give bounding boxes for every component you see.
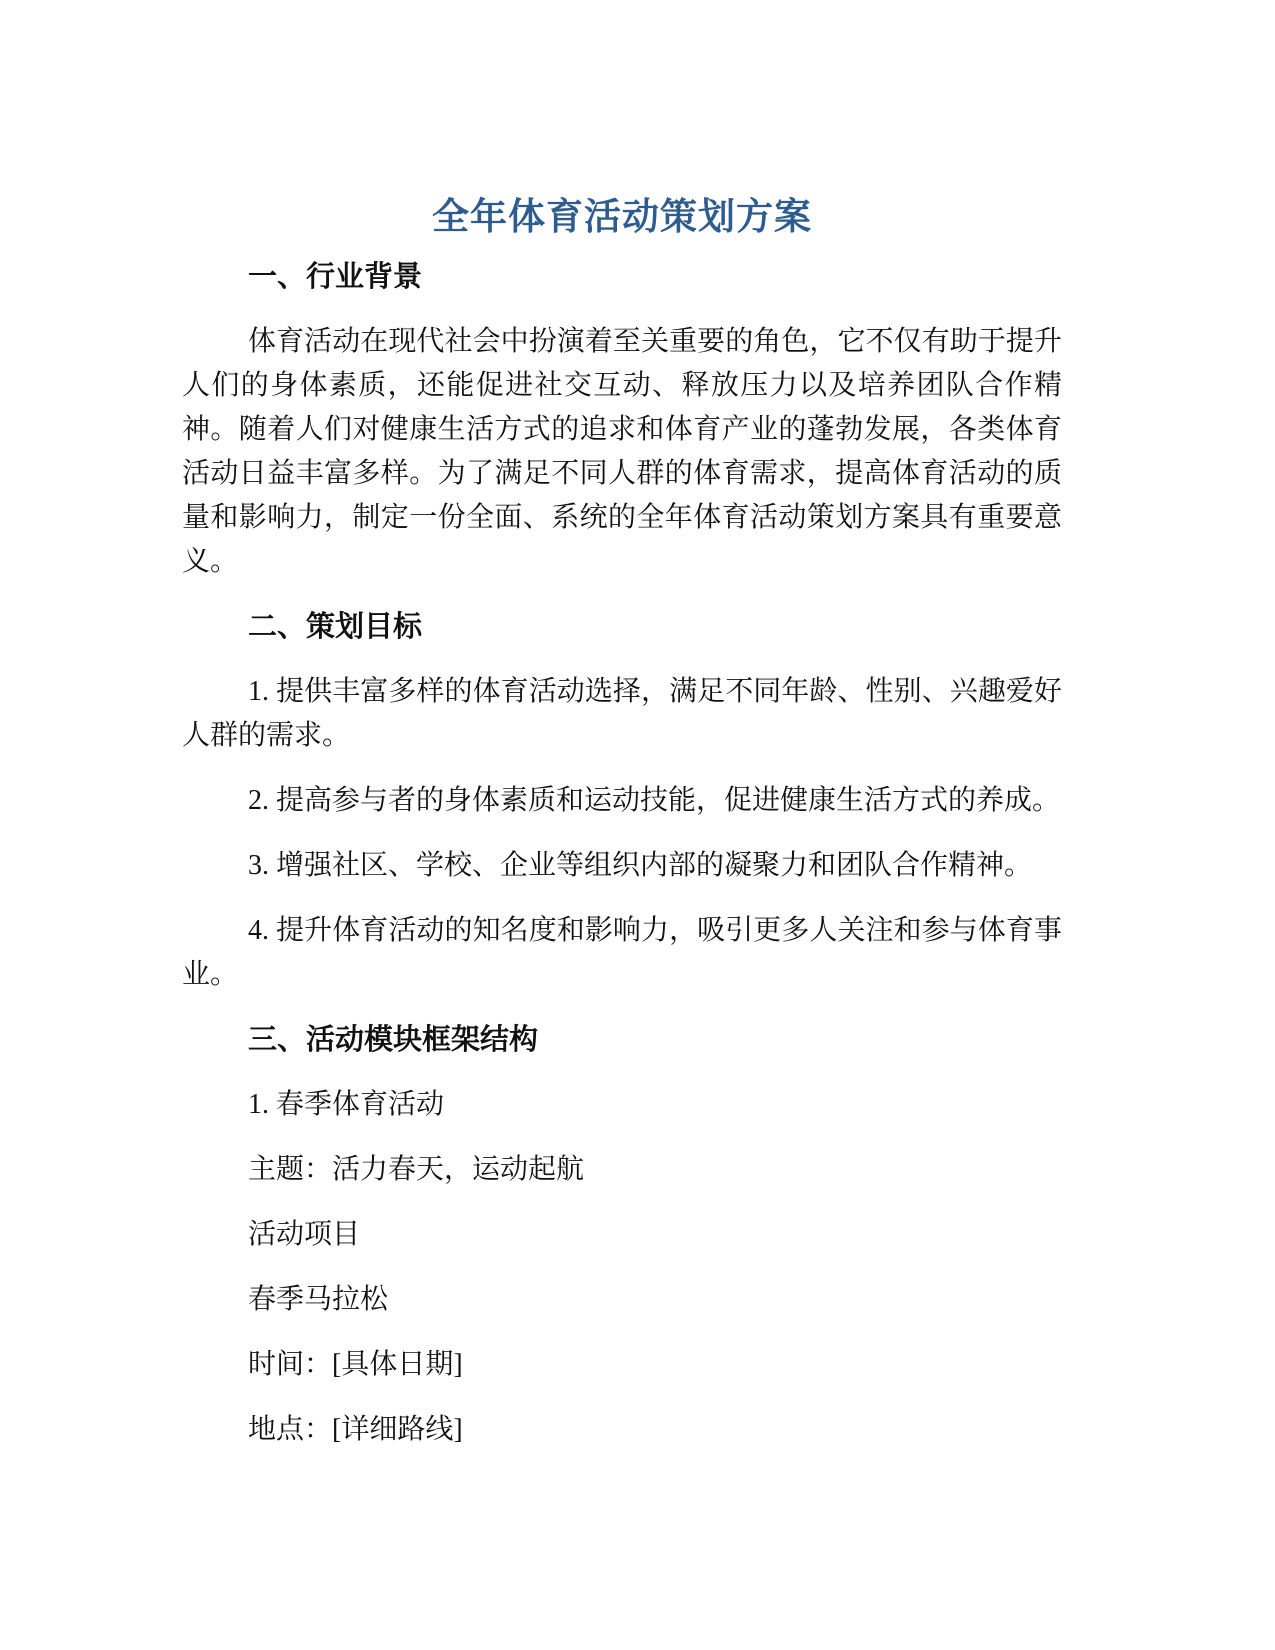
heading-planning-goals: 二、策划目标 [182,605,1062,649]
paragraph-goal-4: 4. 提升体育活动的知名度和影响力，吸引更多人关注和参与体育事业。 [182,909,1062,997]
paragraph-theme: 主题：活力春天，运动起航 [182,1148,1062,1192]
paragraph-activity-items-label: 活动项目 [182,1213,1062,1257]
paragraph-time: 时间：[具体日期] [182,1343,1062,1387]
heading-activity-framework: 三、活动模块框架结构 [182,1018,1062,1062]
paragraph-spring-marathon: 春季马拉松 [182,1278,1062,1322]
heading-industry-background: 一、行业背景 [182,255,1062,299]
paragraph-goal-3: 3. 增强社区、学校、企业等组织内部的凝聚力和团队合作精神。 [182,844,1062,888]
paragraph-location: 地点：[详细路线] [182,1408,1062,1452]
paragraph-spring-activity: 1. 春季体育活动 [182,1083,1062,1127]
paragraph-goal-2: 2. 提高参与者的身体素质和运动技能，促进健康生活方式的养成。 [182,779,1062,823]
document-title: 全年体育活动策划方案 [182,195,1062,239]
paragraph-industry-background: 体育活动在现代社会中扮演着至关重要的角色，它不仅有助于提升人们的身体素质，还能促… [182,320,1062,584]
paragraph-goal-1: 1. 提供丰富多样的体育活动选择，满足不同年龄、性别、兴趣爱好人群的需求。 [182,670,1062,758]
document-page: 全年体育活动策划方案 一、行业背景 体育活动在现代社会中扮演着至关重要的角色，它… [0,0,1275,1650]
